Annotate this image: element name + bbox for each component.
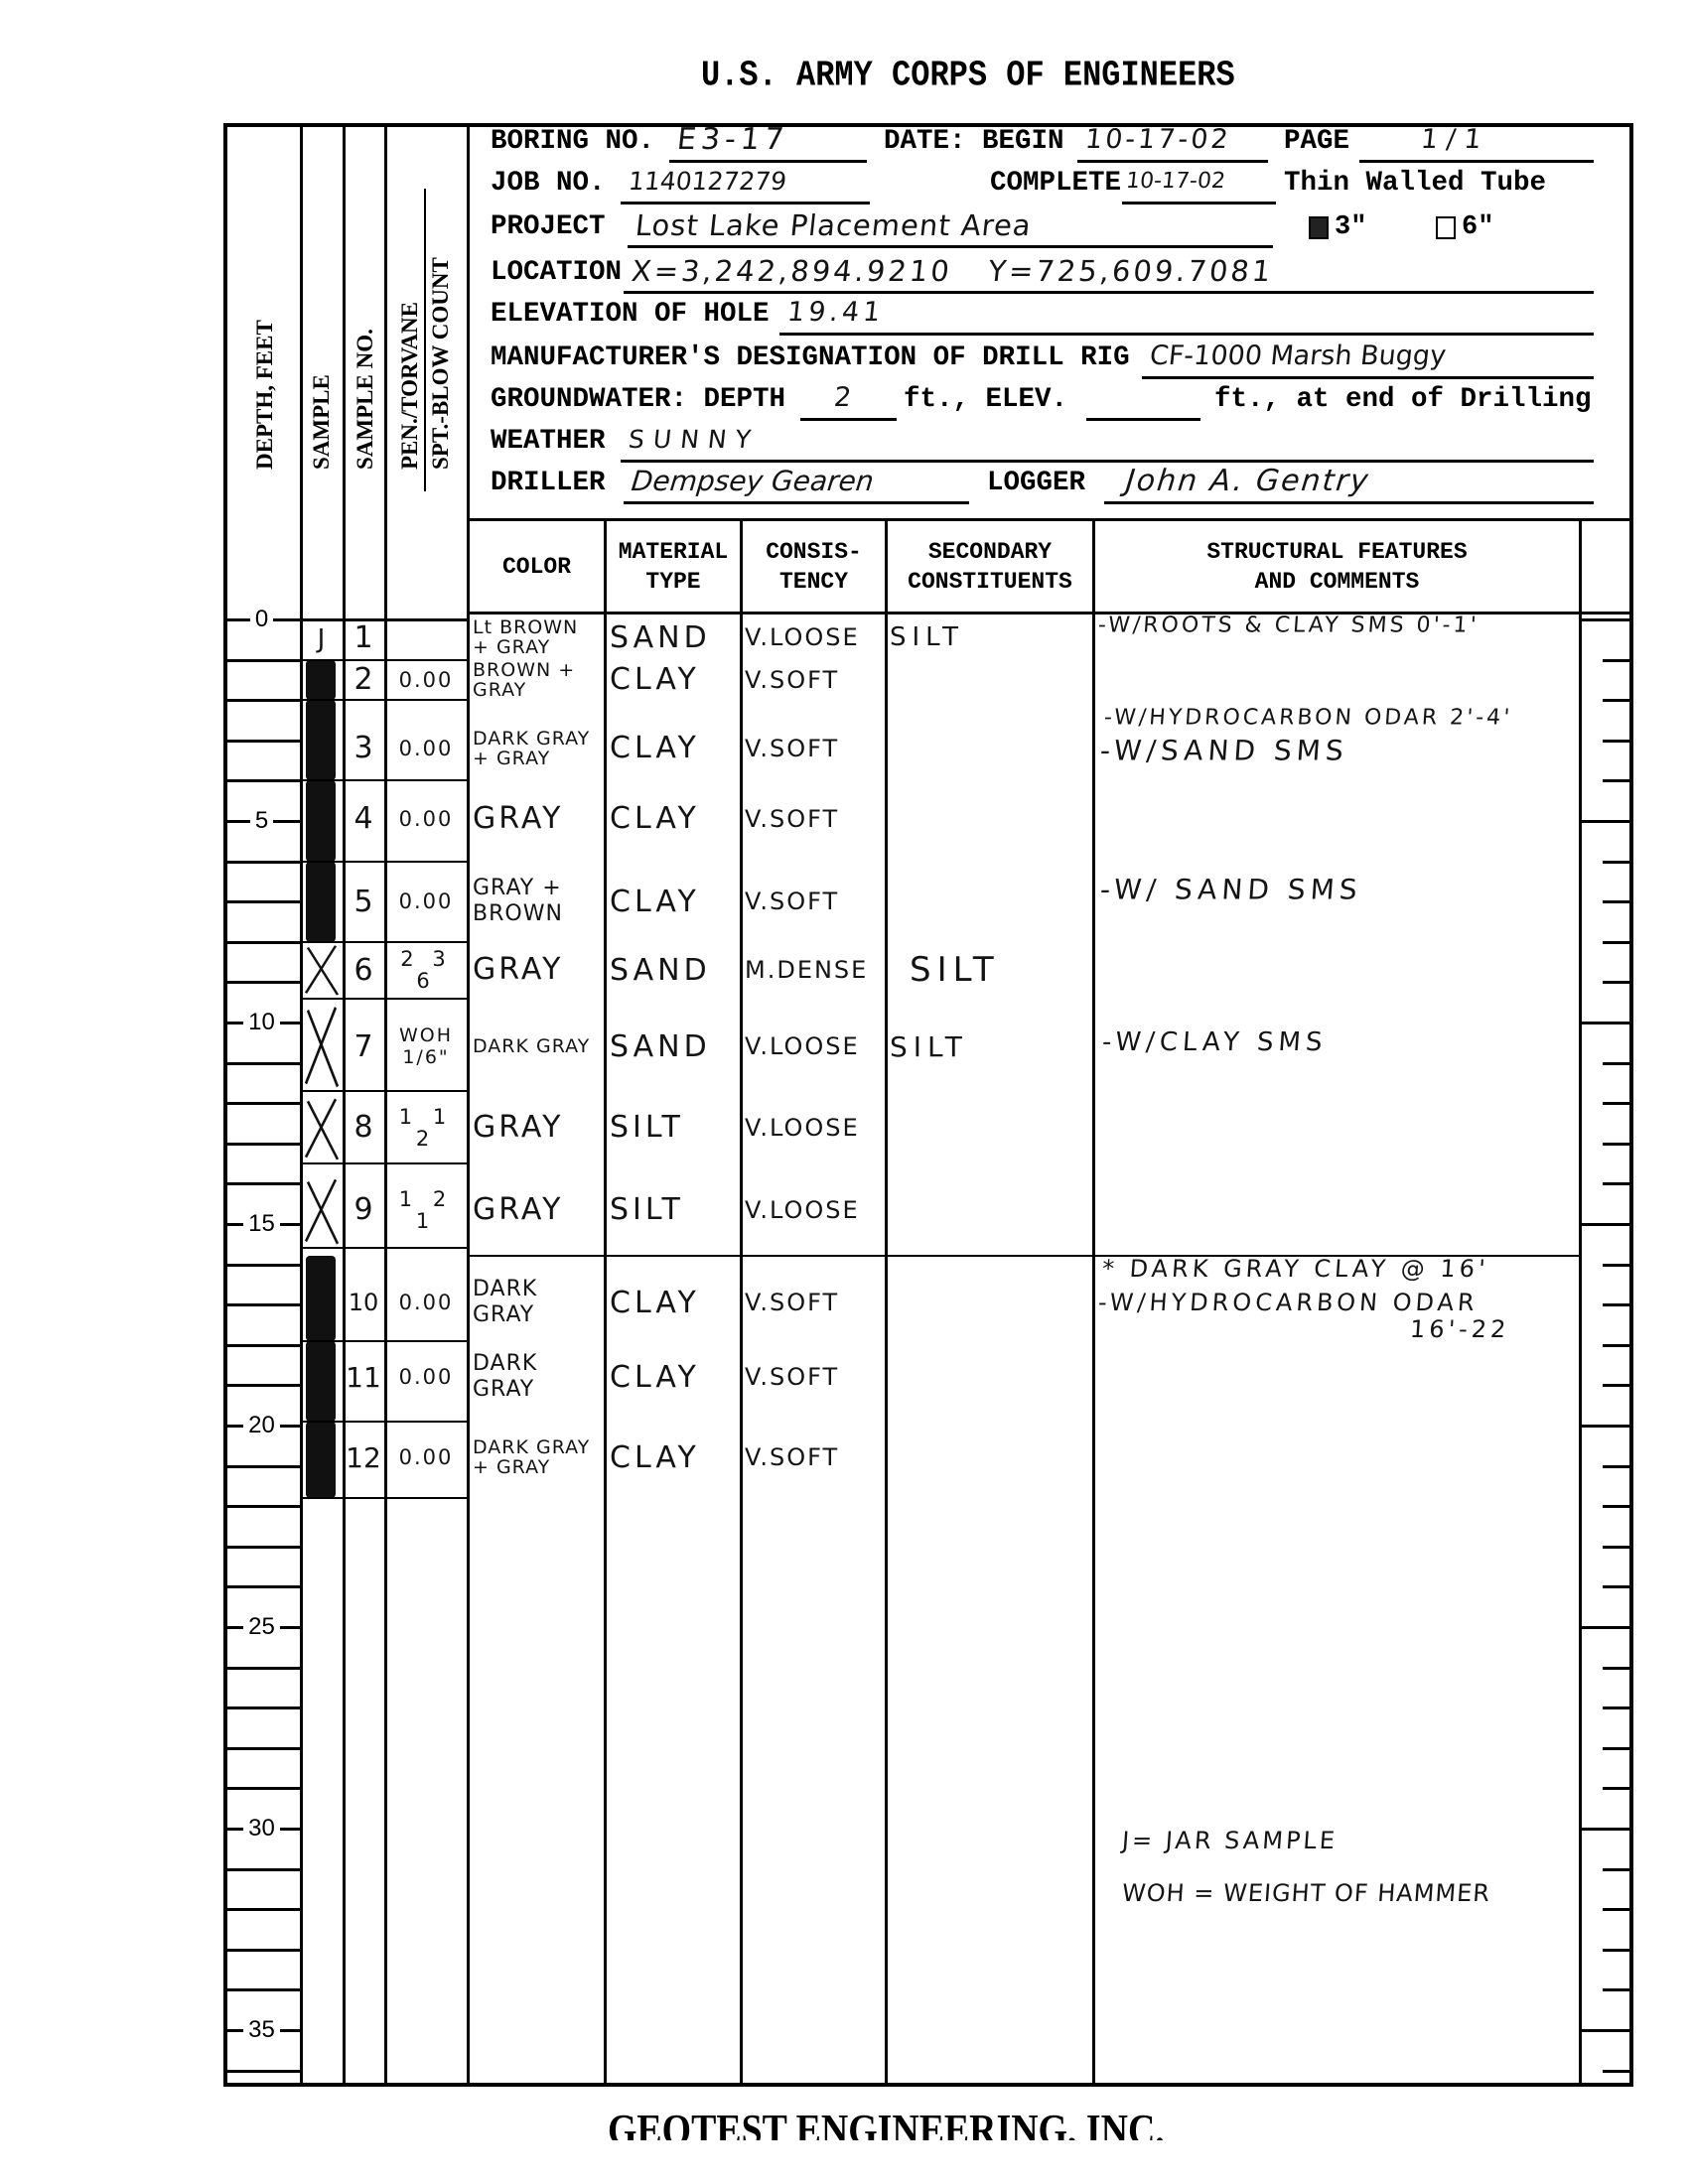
pen-blow-count: 0.00: [386, 1425, 466, 1490]
groundwater-depth-value: 2: [798, 381, 899, 415]
sample-boundary: [300, 1090, 467, 1092]
structural-header-line1: STRUCTURAL FEATURES: [1206, 537, 1467, 567]
driller-field: Dempsey Gearen: [624, 465, 969, 504]
depth-grid-line: [223, 659, 300, 662]
consistency: V.SOFT: [745, 869, 884, 934]
comment: -W/HYDROCARBON ODAR: [1097, 1289, 1480, 1316]
logger-label: LOGGER: [987, 465, 1085, 502]
depth-grid-line: [223, 941, 300, 944]
depth-value: 30: [243, 1814, 280, 1843]
date-begin-label: DATE: BEGIN: [884, 123, 1064, 161]
consistency: V.LOOSE: [745, 1095, 884, 1160]
pen-blow-count: 0.00: [386, 716, 466, 781]
groundwater-elev-field: [1086, 381, 1200, 421]
comment: -W/SAND SMS: [1099, 734, 1349, 766]
comment: -W/ROOTS & CLAY SMS 0'-1': [1097, 614, 1480, 638]
tube-6in-label: 6": [1462, 208, 1493, 246]
secondary-constituent: SILT: [890, 1014, 1088, 1079]
consistency-header-line2: TENCY: [779, 567, 848, 597]
company-name: GEOTEST ENGINEERING, INC.: [608, 2109, 1222, 2140]
legend-note: WOH = WEIGHT OF HAMMER: [1121, 1879, 1491, 1907]
depth-grid-line: [223, 1546, 300, 1549]
date-begin-value: 10-17-02: [1075, 123, 1270, 157]
depth-value: 35: [243, 2015, 280, 2045]
pen-blow-count: 0.00: [386, 1270, 466, 1335]
secondary-constituent: [890, 647, 1088, 713]
log-row: 12 0.00 DARK GRAY + GRAY CLAY V.SOFT: [0, 1425, 1692, 1490]
log-row: 9 1 2 1 GRAY SILT V.LOOSE: [0, 1177, 1692, 1243]
driller-value: Dempsey Gearen: [622, 465, 971, 498]
sample-boundary: [300, 699, 467, 701]
project-field: Lost Lake Placement Area: [628, 208, 1273, 248]
scale-tick: [1603, 861, 1633, 864]
sample-boundary: [300, 1247, 467, 1249]
sample-number: 7: [343, 1014, 384, 1079]
consistency: V.SOFT: [745, 786, 884, 852]
sample-number: 4: [343, 786, 384, 852]
pen-blow-count: WOH 1/6": [386, 1014, 466, 1079]
depth-grid-line: [223, 1264, 300, 1267]
depth-grid-line: [223, 1505, 300, 1508]
depth-grid-line: [223, 900, 300, 903]
secondary-header-line2: CONSTITUENTS: [908, 567, 1072, 597]
tube-3in-label: 3": [1335, 208, 1366, 246]
soil-color: DARK GRAY: [473, 1014, 602, 1079]
log-row: 7 WOH 1/6" DARK GRAY SAND V.LOOSE SILT: [0, 1014, 1692, 1079]
agency-title: U.S. ARMY CORPS OF ENGINEERS: [701, 54, 1235, 98]
depth-grid-line: [223, 1384, 300, 1387]
sample-number: 5: [343, 869, 384, 934]
soil-color: DARK GRAY + GRAY: [473, 716, 602, 781]
material-header-line1: MATERIAL: [619, 537, 728, 567]
sample-header: SAMPLE: [309, 149, 335, 470]
secondary-constituent: [890, 786, 1088, 852]
scale-tick: [1603, 1303, 1633, 1306]
location-value: X=3,242,894.9210 Y=725,609.7081: [622, 254, 1596, 288]
scale-tick: [1603, 1787, 1633, 1790]
material-type: CLAY: [610, 647, 739, 713]
tick-mark: [223, 1828, 243, 1831]
depth-grid-line: [223, 1303, 300, 1306]
sample-boundary: [300, 1497, 467, 1499]
zero-depth-line: [300, 618, 467, 621]
scale-tick: [1603, 1384, 1633, 1387]
sample-number: 2: [343, 647, 384, 713]
boring-no-label: BORING NO.: [491, 123, 654, 161]
scale-tick: [1603, 1667, 1633, 1670]
date-complete-field: 10-17-02: [1122, 165, 1276, 205]
depth-grid-line: [223, 1062, 300, 1065]
material-type: CLAY: [610, 716, 739, 781]
groundwater-end-label: ft., at end of Drilling: [1214, 381, 1592, 419]
sample-number: 8: [343, 1095, 384, 1160]
pen-blow-count: 1 1 2: [386, 1095, 466, 1160]
drill-rig-value: CF-1000 Marsh Buggy: [1140, 340, 1596, 373]
scale-major-line: [1579, 1223, 1633, 1226]
comment: 16'-22: [1409, 1315, 1510, 1343]
log-row: 4 0.00 GRAY CLAY V.SOFT: [0, 786, 1692, 852]
depth-grid-line: [223, 1787, 300, 1790]
sample-boundary: [300, 1421, 467, 1423]
scale-tick: [1603, 2070, 1633, 2073]
legend-note: J= JAR SAMPLE: [1121, 1827, 1339, 1854]
pen-blow-count: 0.00: [386, 1344, 466, 1410]
material-type: CLAY: [610, 1344, 739, 1410]
sample-boundary: [300, 941, 467, 943]
log-row: 11 0.00 DARK GRAY CLAY V.SOFT: [0, 1344, 1692, 1410]
secondary-header-line1: SECONDARY: [928, 537, 1052, 567]
consistency: V.LOOSE: [745, 1014, 884, 1079]
boring-no-field: E3-17: [669, 123, 867, 163]
scale-major-line: [1579, 1626, 1633, 1629]
soil-color: GRAY: [473, 937, 602, 1003]
scale-tick: [1603, 1868, 1633, 1871]
date-complete-label: COMPLETE: [990, 165, 1121, 203]
depth-grid-line: [223, 861, 300, 864]
sample-no-header: SAMPLE NO.: [352, 149, 378, 470]
driller-label: DRILLER: [491, 465, 606, 502]
sample-number: 10: [343, 1270, 384, 1335]
sample-number: 6: [343, 937, 384, 1003]
job-no-value: 1140127279: [619, 165, 872, 199]
scale-tick: [1603, 1747, 1633, 1750]
sample-boundary: [300, 998, 467, 1000]
log-row: 6 2 3 6 GRAY SAND M.DENSE SILT: [0, 937, 1692, 1003]
date-begin-field: 10-17-02: [1077, 123, 1268, 163]
soil-color: GRAY: [473, 1095, 602, 1160]
material-type: CLAY: [610, 1425, 739, 1490]
scale-major-line: [1579, 1022, 1633, 1024]
t-6in-checkbox: [1436, 216, 1456, 239]
groundwater-depth-label: GROUNDWATER: DEPTH: [491, 381, 785, 419]
comment: * DARK GRAY CLAY @ 16': [1101, 1255, 1490, 1283]
project-value: Lost Lake Placement Area: [626, 208, 1275, 242]
page-label: PAGE: [1284, 123, 1349, 161]
soil-color: BROWN + GRAY: [473, 647, 602, 713]
soil-color: GRAY: [473, 1177, 602, 1243]
pen-torvane-header: PEN./TORVANE: [397, 149, 423, 470]
secondary-constituent: [890, 1425, 1088, 1490]
depth-grid-line: [223, 1949, 300, 1952]
material-header-line2: TYPE: [645, 567, 700, 597]
pen-blow-count: 1 2 1: [386, 1177, 466, 1243]
secondary-constituent: [890, 1095, 1088, 1160]
project-label: PROJECT: [491, 208, 606, 246]
pen-blow-count: 2 3 6: [386, 937, 466, 1003]
groundwater-elev-label: ft., ELEV.: [904, 381, 1067, 419]
depth-grid-line: [223, 2070, 300, 2073]
groundwater-depth-field: 2: [800, 381, 897, 421]
company-footer: GEOTEST ENGINEERING, INC.: [608, 2109, 1323, 2140]
drill-rig-label: MANUFACTURER'S DESIGNATION OF DRILL RIG: [491, 340, 1130, 377]
scale-major-line: [1579, 1828, 1633, 1831]
material-type: CLAY: [610, 869, 739, 934]
page-value: 1 / 1: [1357, 123, 1596, 157]
scale-tick: [1603, 1908, 1633, 1911]
logger-value: John A. Gentry: [1102, 465, 1596, 498]
depth-grid-line: [223, 1667, 300, 1670]
scale-major-line: [1579, 618, 1633, 621]
depth-grid-line: [223, 981, 300, 984]
scale-tick: [1603, 1949, 1633, 1952]
scale-tick: [1603, 1143, 1633, 1146]
consistency: V.SOFT: [745, 1425, 884, 1490]
color-header: COLOR: [470, 521, 604, 612]
pen-blow-count: 0.00: [386, 869, 466, 934]
scale-tick: [1603, 1505, 1633, 1508]
material-type: SAND: [610, 1014, 739, 1079]
material-type: SILT: [610, 1095, 739, 1160]
weather-field: SUNNY: [621, 423, 1594, 463]
secondary-constituent: [890, 869, 1088, 934]
weather-label: WEATHER: [491, 423, 606, 461]
soil-color: DARK GRAY: [473, 1344, 602, 1410]
depth-grid-line: [223, 1706, 300, 1709]
depth-grid-line: [223, 1143, 300, 1146]
consistency-header-line1: CONSIS-: [766, 537, 862, 567]
scale-tick: [1603, 1585, 1633, 1588]
consistency: V.LOOSE: [745, 1177, 884, 1243]
scale-tick: [1603, 740, 1633, 743]
sample-boundary: [300, 1162, 467, 1164]
consistency: V.SOFT: [745, 647, 884, 713]
depth-grid-line: [223, 1465, 300, 1468]
soil-color: DARK GRAY: [473, 1270, 602, 1335]
soil-color: GRAY + BROWN: [473, 869, 602, 934]
material-type: SAND: [610, 937, 739, 1003]
tick-mark: [223, 2029, 243, 2032]
depth-label-25: 25: [223, 1612, 300, 1642]
depth-value: 25: [243, 1612, 280, 1642]
soil-color: DARK GRAY + GRAY: [473, 1425, 602, 1490]
spt-blow-count-header: SPT.-BLOW COUNT: [428, 149, 454, 470]
consistency: V.SOFT: [745, 716, 884, 781]
scale-tick: [1603, 1988, 1633, 1991]
color-header-label: COLOR: [502, 552, 571, 582]
secondary-constituent: [890, 1177, 1088, 1243]
tick-mark: [223, 1626, 243, 1629]
scale-tick: [1603, 1706, 1633, 1709]
scale-major-line: [1579, 2029, 1633, 2032]
sample-boundary: [300, 659, 467, 661]
log-row: 2 0.00 BROWN + GRAY CLAY V.SOFT: [0, 647, 1692, 713]
tick-mark: [280, 1626, 300, 1629]
sample-number: 11: [343, 1344, 384, 1410]
depth-feet-header: DEPTH, FEET: [252, 149, 278, 470]
sample-number: 9: [343, 1177, 384, 1243]
secondary-constituent: [890, 716, 1088, 781]
thin-walled-tube-label: Thin Walled Tube: [1284, 165, 1546, 203]
weather-value: SUNNY: [619, 423, 1596, 457]
scale-major-line: [1579, 820, 1633, 823]
elevation-label: ELEVATION OF HOLE: [491, 296, 770, 334]
elevation-value: 19.41: [777, 296, 1596, 330]
scale-tick: [1603, 1182, 1633, 1185]
scale-tick: [1603, 1546, 1633, 1549]
material-type: CLAY: [610, 1270, 739, 1335]
scale-tick: [1603, 779, 1633, 782]
page-field: 1 / 1: [1359, 123, 1594, 163]
depth-label-35: 35: [223, 2015, 300, 2045]
sample-boundary: [300, 779, 467, 781]
depth-grid-line: [223, 1868, 300, 1871]
sample-number: 3: [343, 716, 384, 781]
tick-mark: [280, 1828, 300, 1831]
material-type: SILT: [610, 1177, 739, 1243]
logger-field: John A. Gentry: [1104, 465, 1594, 504]
pen-blow-count: 0.00: [386, 786, 466, 852]
sample-boundary: [300, 1340, 467, 1342]
elevation-field: 19.41: [779, 296, 1594, 336]
tube-3in-checkbox: [1309, 216, 1329, 239]
soil-color: GRAY: [473, 786, 602, 852]
depth-grid-line: [223, 699, 300, 702]
pen-blow-count: 0.00: [386, 647, 466, 713]
scale-tick: [1603, 981, 1633, 984]
depth-grid-line: [223, 1908, 300, 1911]
scale-tick: [1603, 1264, 1633, 1267]
scale-major-line: [1579, 1425, 1633, 1428]
secondary-constituent: SILT: [890, 937, 1088, 1003]
job-no-field: 1140127279: [621, 165, 870, 205]
depth-grid-line: [223, 1182, 300, 1185]
location-label: LOCATION: [491, 254, 622, 292]
scale-tick: [1603, 1062, 1633, 1065]
scale-tick: [1603, 1344, 1633, 1347]
depth-grid-line: [223, 1344, 300, 1347]
scale-tick: [1603, 659, 1633, 662]
secondary-constituent: [890, 1344, 1088, 1410]
material-type-header: MATERIAL TYPE: [607, 521, 740, 612]
depth-grid-line: [223, 740, 300, 743]
sample-boundary: [300, 861, 467, 863]
depth-label-30: 30: [223, 1814, 300, 1843]
comment: -W/ SAND SMS: [1099, 874, 1363, 906]
strata-break-line: [467, 1255, 1579, 1257]
consistency: V.SOFT: [745, 1270, 884, 1335]
consistency: V.SOFT: [745, 1344, 884, 1410]
structural-header-line2: AND COMMENTS: [1255, 567, 1420, 597]
drill-rig-field: CF-1000 Marsh Buggy: [1142, 340, 1594, 379]
depth-grid-line: [223, 1988, 300, 1991]
scale-tick: [1603, 699, 1633, 702]
structural-features-header: STRUCTURAL FEATURES AND COMMENTS: [1095, 521, 1579, 612]
job-no-label: JOB NO.: [491, 165, 606, 203]
secondary-constituents-header: SECONDARY CONSTITUENTS: [888, 521, 1092, 612]
scale-tick: [1603, 1465, 1633, 1468]
header-line-driller: DRILLER Dempsey Gearen LOGGER John A. Ge…: [0, 465, 1692, 502]
material-type: CLAY: [610, 786, 739, 852]
comment: -W/CLAY SMS: [1101, 1027, 1328, 1057]
scale-tick: [1603, 941, 1633, 944]
scale-tick: [1603, 1102, 1633, 1105]
consistency-header: CONSIS- TENCY: [743, 521, 885, 612]
depth-grid-line: [223, 779, 300, 782]
sample-number: 12: [343, 1425, 384, 1490]
boring-no-value: E3-17: [667, 123, 869, 157]
depth-grid-line: [223, 1102, 300, 1105]
date-complete-value: 10-17-02: [1120, 165, 1278, 199]
consistency: M.DENSE: [745, 937, 884, 1003]
comment: -W/HYDROCARBON ODAR 2'-4': [1103, 706, 1513, 731]
depth-grid-line: [223, 1585, 300, 1588]
scale-tick: [1603, 900, 1633, 903]
tick-mark: [280, 2029, 300, 2032]
depth-grid-line: [223, 1747, 300, 1750]
location-field: X=3,242,894.9210 Y=725,609.7081: [624, 254, 1594, 294]
secondary-constituent: [890, 1270, 1088, 1335]
